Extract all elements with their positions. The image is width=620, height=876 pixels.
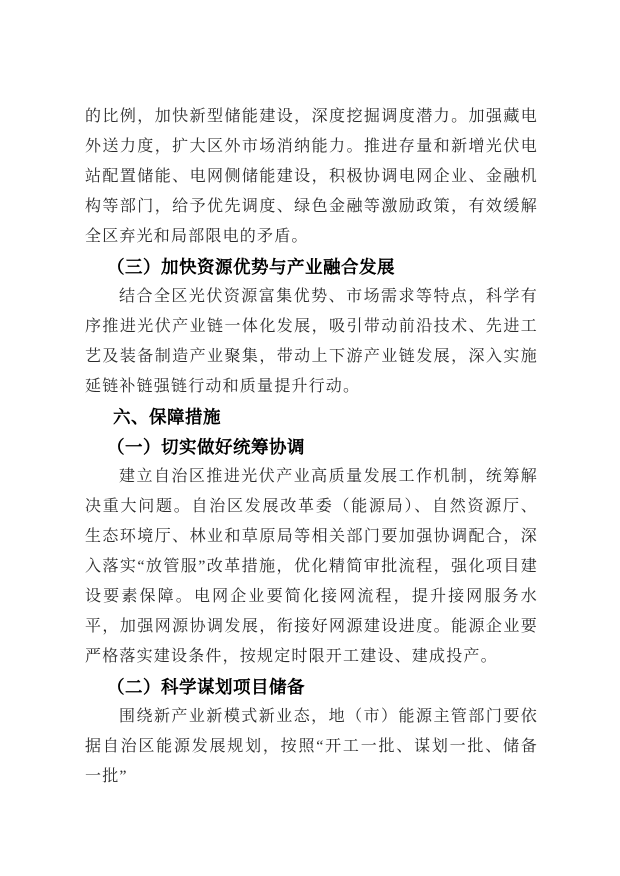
body-paragraph: 建立自治区推进光伏产业高质量发展工作机制，统筹解决重大问题。自治区发展改革委（能…	[85, 462, 538, 672]
body-paragraph-partial: 围绕新产业新模式新业态，地（市）能源主管部门要依据自治区能源发展规划，按照“开工…	[85, 702, 538, 792]
document-page: 的比例，加快新型储能建设，深度挖掘调度潜力。加强藏电外送力度，扩大区外市场消纳能…	[0, 0, 620, 876]
section-heading-6: 六、保障措施	[85, 402, 538, 432]
page-content: 的比例，加快新型储能建设，深度挖掘调度潜力。加强藏电外送力度，扩大区外市场消纳能…	[85, 102, 538, 792]
subsection-heading-2: （二）科学谋划项目储备	[85, 672, 538, 702]
subsection-heading-1: （一）切实做好统筹协调	[85, 432, 538, 462]
body-paragraph-continuation: 的比例，加快新型储能建设，深度挖掘调度潜力。加强藏电外送力度，扩大区外市场消纳能…	[85, 102, 538, 252]
subsection-heading-3: （三）加快资源优势与产业融合发展	[85, 252, 538, 282]
body-paragraph: 结合全区光伏资源富集优势、市场需求等特点，科学有序推进光伏产业链一体化发展，吸引…	[85, 282, 538, 402]
